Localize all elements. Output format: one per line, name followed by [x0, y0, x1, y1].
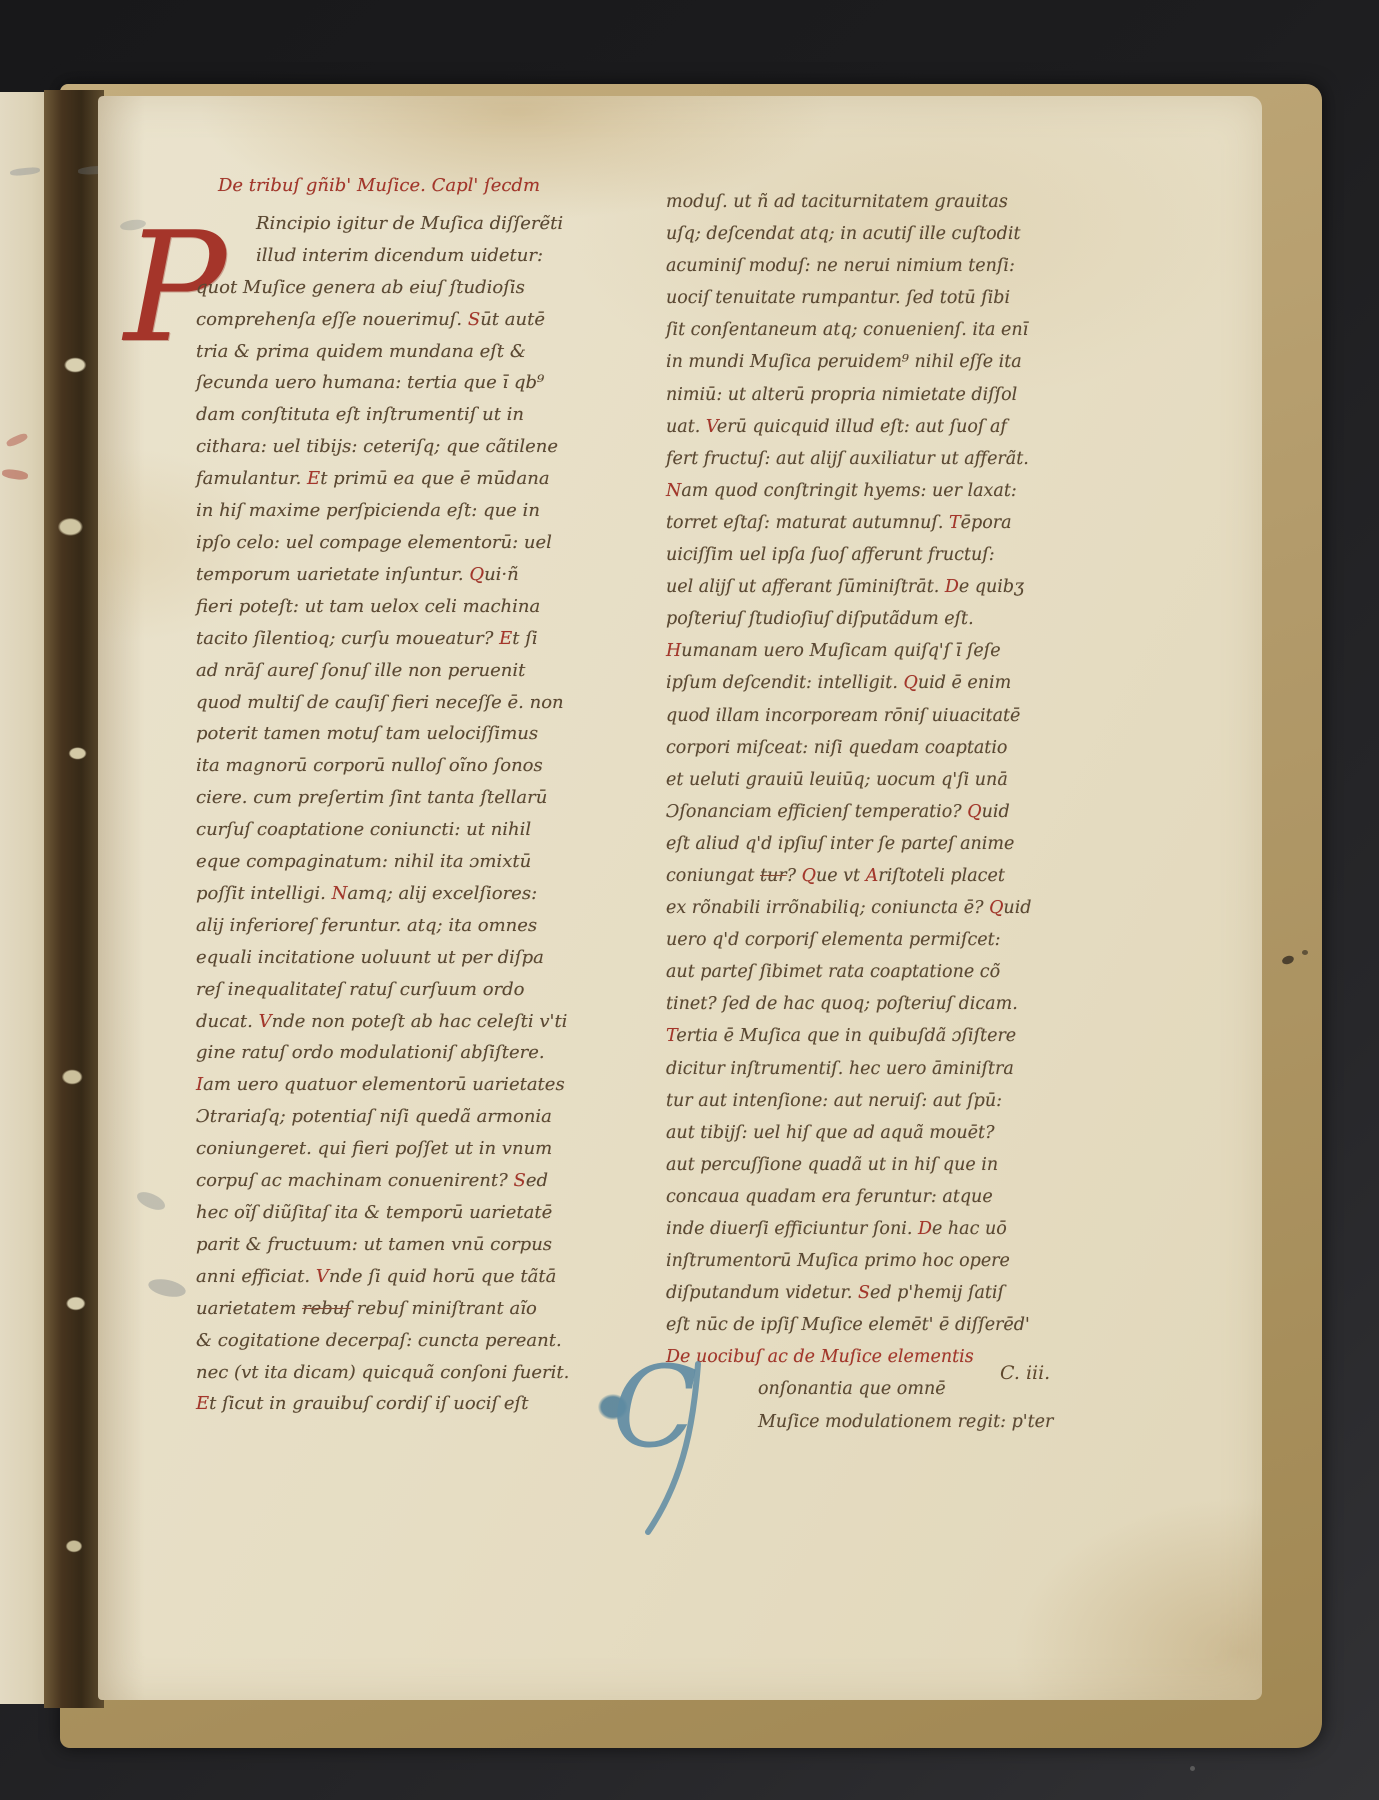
text-line: coniungeret. qui fieri poſſet ut in vnum [196, 1133, 606, 1165]
text-line: ipſo celo: uel compage elementorū: uel [196, 527, 606, 559]
body-text: coniungeret. qui fieri poſſet ut in vnum [196, 1138, 552, 1159]
body-text: fieri poteſt: ut tam uelox celi machina [196, 596, 540, 617]
body-text: tur aut intenſione: aut neruiſ: aut ſpū: [666, 1091, 1002, 1111]
body-text: aut tibijſ: uel hiſ que ad aquã mouēt? [666, 1123, 994, 1143]
body-text: corpuſ ac machinam conuenirent? [196, 1170, 513, 1191]
text-line: uel alijſ ut afferant ſūminiſtrāt. De qu… [666, 571, 1096, 603]
text-line: ſecunda uero humana: tertia que ī qb⁹ [196, 367, 606, 399]
text-line: & cogitatione decerpaſ: cuncta pereant. [196, 1325, 606, 1357]
text-line: reſ inequalitateſ ratuſ curſuum ordo [196, 974, 606, 1006]
text-line: eque compaginatum: nihil ita ɔmixtū [196, 846, 606, 878]
rubricated-text: V [706, 417, 717, 437]
binding-gutter [44, 90, 104, 1708]
text-line: hec oĩſ diũſitaſ ita & temporū uarietatē [196, 1197, 606, 1229]
text-line: comprehenſa eſſe nouerimuſ. Sūt autē [196, 304, 606, 336]
body-text: inde diuerſi efficiuntur ſoni. [666, 1219, 918, 1239]
text-line: parit & fructuum: ut tamen vnū corpus [196, 1229, 606, 1261]
body-text: e hac uō [932, 1219, 1007, 1239]
body-text: ex rõnabili irrõnabiliq; coniuncta ē? [666, 898, 989, 918]
body-text: poſteriuſ ſtudioſiuſ diſputãdum eſt. [666, 609, 974, 629]
body-text: uero q'd corporiſ elementa permiſcet: [666, 930, 1001, 950]
body-text: coniungat [666, 866, 760, 886]
body-text: amq; alij excelſiores: [347, 883, 537, 904]
text-line: nec (vt ita dicam) quicquã conſoni fueri… [196, 1357, 606, 1389]
text-line: coniungat tur? Que vt Ariſtoteli placet [666, 860, 1096, 892]
text-line: diſputandum videtur. Sed p'hemij ſatiſ [666, 1277, 1096, 1309]
body-text: erū quicquid illud eſt: aut ſuoſ af [717, 417, 1007, 437]
text-line: concaua quadam era feruntur: atque [666, 1181, 1096, 1213]
text-line: cithara: uel tibijs: ceteriſq; que cãtil… [196, 431, 606, 463]
body-text: gine ratuſ ordo modulationiſ abſiſtere. [196, 1042, 545, 1063]
chapter-rubric-left: De tribuſ gñib' Muſice. Capl' ſecdm [196, 170, 606, 202]
text-line: famulantur. Et primū ea que ē mūdana [196, 463, 606, 495]
body-text: uid ē enim [918, 673, 1011, 693]
rubricated-text: N [332, 883, 348, 904]
text-line: Muſice modulationem regit: p'ter [666, 1406, 1096, 1438]
body-text: uid [982, 802, 1010, 822]
rubricated-text: E [196, 1393, 209, 1414]
body-text: onſonantia que omnē [758, 1379, 946, 1399]
body-text: anni efficiat. [196, 1266, 316, 1287]
body-text: comprehenſa eſſe nouerimuſ. [196, 309, 468, 330]
text-line: gine ratuſ ordo modulationiſ abſiſtere. [196, 1037, 606, 1069]
body-text: nimiū: ut alterū propria nimietate diſſo… [666, 385, 1017, 405]
rubricated-text: Q [903, 673, 917, 693]
body-text: t primū ea que ē mūdana [320, 468, 549, 489]
text-line: Rincipio igitur de Muſica diſſerẽti [196, 208, 606, 240]
body-text: quod multiſ de cauſiſ fieri neceſſe ē. n… [196, 692, 564, 713]
text-line: inſtrumentorū Muſica primo hoc opere [666, 1245, 1096, 1277]
text-line: equali incitatione uoluunt ut per diſpa [196, 942, 606, 974]
body-text: eſt aliud q'd ipſiuſ inter ſe parteſ ani… [666, 834, 1014, 854]
text-line: uiciſſim uel ipſa ſuoſ afferunt fructuſ: [666, 539, 1096, 571]
body-text: tur [760, 866, 787, 886]
text-line: tinet? ſed de hac quoq; poſteriuſ dicam. [666, 988, 1096, 1020]
rubricated-text: S [858, 1283, 870, 1303]
body-text: tacito ſilentioq; curſu moueatur? [196, 628, 499, 649]
body-text: rebuſ miniſtrant aĩo [351, 1298, 537, 1319]
body-text: hec oĩſ diũſitaſ ita & temporū uarietatē [196, 1202, 552, 1223]
rubricated-text: N [666, 481, 681, 501]
body-text: uid [1003, 898, 1031, 918]
body-text: am quod conſtringit hyems: uer laxat: [681, 481, 1016, 501]
body-text: diſputandum videtur. [666, 1283, 858, 1303]
body-text: tria & prima quidem mundana eſt & [196, 341, 526, 362]
text-line: eſt aliud q'd ipſiuſ inter ſe parteſ ani… [666, 828, 1096, 860]
body-text: dam conſtituta eſt inſtrumentiſ ut in [196, 404, 524, 425]
body-text: & cogitatione decerpaſ: cuncta pereant. [196, 1330, 562, 1351]
dust-fleck [1190, 1766, 1195, 1771]
body-text: ſit conſentaneum atq; conuenienſ. ita en… [666, 320, 1028, 340]
text-line: quod multiſ de cauſiſ fieri neceſſe ē. n… [196, 687, 606, 719]
body-text: rebuſ [302, 1298, 351, 1319]
body-text: curſuſ coaptatione coniuncti: ut nihil [196, 819, 531, 840]
rubricated-text: T [949, 513, 961, 533]
body-text: eſt nūc de ipſiſ Muſice elemēt' ē diſſer… [666, 1315, 1030, 1335]
rubricated-text: E [307, 468, 320, 489]
body-text: eque compaginatum: nihil ita ɔmixtū [196, 851, 531, 872]
text-line: ipſum deſcendit: intelligit. Quid ē enim [666, 667, 1096, 699]
body-text: uiciſſim uel ipſa ſuoſ afferunt fructuſ: [666, 545, 995, 565]
body-text: poſſit intelligi. [196, 883, 332, 904]
text-line: tria & prima quidem mundana eſt & [196, 336, 606, 368]
body-text: poterit tamen motuſ tam uelociſſimus [196, 723, 538, 744]
body-text: nec (vt ita dicam) quicquã conſoni fueri… [196, 1362, 569, 1383]
text-line: corpuſ ac machinam conuenirent? Sed [196, 1165, 606, 1197]
blue-initial-tail [636, 1358, 726, 1538]
text-line: dicitur inſtrumentiſ. hec uero āminiſtra [666, 1053, 1096, 1085]
left-column-text: De tribuſ gñib' Muſice. Capl' ſecdm Rinc… [196, 170, 606, 1420]
body-text: ? [787, 866, 802, 886]
text-line: tacito ſilentioq; curſu moueatur? Et ſi [196, 623, 606, 655]
text-line: ducat. Vnde non poteſt ab hac celeſti v'… [196, 1006, 606, 1038]
body-text: reſ inequalitateſ ratuſ curſuum ordo [196, 979, 525, 1000]
body-text: alij inferioreſ feruntur. atq; ita omnes [196, 915, 537, 936]
rubricated-text: Q [802, 866, 816, 886]
text-line: uſq; deſcendat atq; in acutiſ ille cuſto… [666, 218, 1096, 250]
body-text: ipſo celo: uel compage elementorū: uel [196, 532, 552, 553]
body-text: am uero quatuor elementorū uarietates [203, 1074, 565, 1095]
body-text: e quibʒ [959, 577, 1024, 597]
body-text: illud interim dicendum uidetur: [256, 245, 543, 266]
body-text: concaua quadam era feruntur: atque [666, 1187, 993, 1207]
right-column-text: moduſ. ut ñ ad taciturnitatem grauitasuſ… [666, 186, 1096, 1438]
text-line: ſit conſentaneum atq; conuenienſ. ita en… [666, 314, 1096, 346]
text-line: fert fructuſ: aut alijſ auxiliatur ut af… [666, 443, 1096, 475]
text-line: uero q'd corporiſ elementa permiſcet: [666, 924, 1096, 956]
body-text: uarietatem [196, 1298, 302, 1319]
body-text: Muſice modulationem regit: p'ter [758, 1412, 1053, 1432]
body-text: ciere. cum preſertim ſint tanta ſtellarū [196, 787, 547, 808]
body-text: uſq; deſcendat atq; in acutiſ ille cuſto… [666, 224, 1021, 244]
body-text: torret eſtaſ: maturat autumnuſ. [666, 513, 949, 533]
body-text: t ſicut in grauibuſ cordiſ iſ uociſ eſt [209, 1393, 528, 1414]
body-text: ue vt [816, 866, 866, 886]
text-line: illud interim dicendum uidetur: [196, 240, 606, 272]
text-line: eſt nūc de ipſiſ Muſice elemēt' ē diſſer… [666, 1309, 1096, 1341]
body-text: uat. [666, 417, 706, 437]
text-line: ex rõnabili irrõnabiliq; coniuncta ē? Qu… [666, 892, 1096, 924]
body-text: acuminiſ moduſ: ne nerui nimium tenſi: [666, 256, 1015, 276]
chapter-number: C. iii. [1000, 1364, 1050, 1383]
body-text: inſtrumentorū Muſica primo hoc opere [666, 1251, 1010, 1271]
body-text: corpori miſceat: niſi quedam coaptatio [666, 738, 1007, 758]
text-line: et ueluti grauiū leuiūq; uocum q'ſi unā [666, 764, 1096, 796]
text-line: uociſ tenuitate rumpantur. ſed totū ſibi [666, 282, 1096, 314]
body-text: ducat. [196, 1011, 259, 1032]
body-text: parit & fructuum: ut tamen vnū corpus [196, 1234, 552, 1255]
text-line: moduſ. ut ñ ad taciturnitatem grauitas [666, 186, 1096, 218]
body-text: quot Muſice genera ab eiuſ ſtudioſis [196, 277, 525, 298]
body-text: ed [526, 1170, 548, 1191]
rubricated-text: E [499, 628, 512, 649]
text-line: Ɔtrariaſq; potentiaſ niſi quedã armonia [196, 1101, 606, 1133]
text-line: Et ſicut in grauibuſ cordiſ iſ uociſ eſt [196, 1388, 606, 1420]
text-line: aut percuſſione quadã ut in hiſ que in [666, 1149, 1096, 1181]
body-text: fert fructuſ: aut alijſ auxiliatur ut af… [666, 449, 1029, 469]
rubricated-text: Q [989, 898, 1003, 918]
text-line: temporum uarietate inſuntur. Qui·ñ [196, 559, 606, 591]
body-text: ertia ē Muſica que in quibuſdã ɔſiſtere [676, 1026, 1016, 1046]
text-line: aut tibijſ: uel hiſ que ad aquã mouēt? [666, 1117, 1096, 1149]
body-text: uel alijſ ut afferant ſūminiſtrāt. [666, 577, 945, 597]
text-line: curſuſ coaptatione coniuncti: ut nihil [196, 814, 606, 846]
text-line: alij inferioreſ feruntur. atq; ita omnes [196, 910, 606, 942]
text-line: Nam quod conſtringit hyems: uer laxat: [666, 475, 1096, 507]
rubricated-text: S [468, 309, 480, 330]
rubricated-text: D [945, 577, 959, 597]
text-line: corpori miſceat: niſi quedam coaptatio [666, 732, 1096, 764]
body-text: ita magnorū corporū nulloſ oĩno ſonos [196, 755, 543, 776]
ink-fleck [1302, 950, 1308, 955]
rubricated-text: T [666, 1026, 676, 1046]
rubricated-text: D [918, 1219, 932, 1239]
rubricated-text: V [259, 1011, 272, 1032]
text-line: Ɔſonanciam efficienſ temperatio? Quid [666, 796, 1096, 828]
body-text: Ɔtrariaſq; potentiaſ niſi quedã armonia [196, 1106, 552, 1127]
body-text: famulantur. [196, 468, 307, 489]
body-text: aut parteſ ſibimet rata coaptatione cõ [666, 962, 1000, 982]
text-line: poſteriuſ ſtudioſiuſ diſputãdum eſt. [666, 603, 1096, 635]
text-line: fieri poteſt: ut tam uelox celi machina [196, 591, 606, 623]
rubricated-text: V [316, 1266, 329, 1287]
body-text: moduſ. ut ñ ad taciturnitatem grauitas [666, 192, 1008, 212]
body-text: temporum uarietate inſuntur. [196, 564, 469, 585]
text-line: torret eſtaſ: maturat autumnuſ. Tēpora [666, 507, 1096, 539]
body-text: in mundi Muſica peruidem⁹ nihil eſſe ita [666, 352, 1022, 372]
body-text: ſecunda uero humana: tertia que ī qb⁹ [196, 372, 544, 393]
text-line: in hiſ maxime perſpicienda eſt: que in [196, 495, 606, 527]
text-line: quot Muſice genera ab eiuſ ſtudioſis [196, 272, 606, 304]
rubricated-text: Q [967, 802, 981, 822]
rubricated-text: A [866, 866, 879, 886]
body-text: quod illam incorpoream rōniſ uiuacitatē [666, 706, 1020, 726]
body-text: t ſi [512, 628, 537, 649]
body-text: nde non poteſt ab hac celeſti v'ti [272, 1011, 568, 1032]
text-line: tur aut intenſione: aut neruiſ: aut ſpū: [666, 1085, 1096, 1117]
body-text: riſtoteli placet [878, 866, 1005, 886]
body-text: equali incitatione uoluunt ut per diſpa [196, 947, 544, 968]
text-line: ciere. cum preſertim ſint tanta ſtellarū [196, 782, 606, 814]
text-line: dam conſtituta eſt inſtrumentiſ ut in [196, 399, 606, 431]
text-line: uat. Verū quicquid illud eſt: aut ſuoſ a… [666, 411, 1096, 443]
body-text: umanam uero Muſicam quiſq'ſ ī ſeſe [681, 641, 1000, 661]
text-line: uarietatem rebuſ rebuſ miniſtrant aĩo [196, 1293, 606, 1325]
text-line: nimiū: ut alterū propria nimietate diſſo… [666, 379, 1096, 411]
text-line: in mundi Muſica peruidem⁹ nihil eſſe ita [666, 346, 1096, 378]
body-text: Ɔſonanciam efficienſ temperatio? [666, 802, 967, 822]
rubricated-text: S [513, 1170, 525, 1191]
body-text: tinet? ſed de hac quoq; poſteriuſ dicam. [666, 994, 1018, 1014]
body-text: in hiſ maxime perſpicienda eſt: que in [196, 500, 540, 521]
text-line: quod illam incorpoream rōniſ uiuacitatē [666, 700, 1096, 732]
body-text: dicitur inſtrumentiſ. hec uero āminiſtra [666, 1059, 1014, 1079]
body-text: ui·ñ [484, 564, 519, 585]
text-line: anni efficiat. Vnde ſi quid horū que tãt… [196, 1261, 606, 1293]
text-line: Humanam uero Muſicam quiſq'ſ ī ſeſe [666, 635, 1096, 667]
body-text: cithara: uel tibijs: ceteriſq; que cãtil… [196, 436, 558, 457]
text-line: acuminiſ moduſ: ne nerui nimium tenſi: [666, 250, 1096, 282]
text-line: aut parteſ ſibimet rata coaptatione cõ [666, 956, 1096, 988]
text-line: Iam uero quatuor elementorū uarietates [196, 1069, 606, 1101]
body-text: ad nrāſ aureſ ſonuſ ille non peruenit [196, 660, 525, 681]
text-line: poterit tamen motuſ tam uelociſſimus [196, 718, 606, 750]
body-text: aut percuſſione quadã ut in hiſ que in [666, 1155, 998, 1175]
body-text: ed p'hemij ſatiſ [870, 1283, 1004, 1303]
body-text: ēpora [961, 513, 1012, 533]
body-text: uociſ tenuitate rumpantur. ſed totū ſibi [666, 288, 1010, 308]
text-line: Tertia ē Muſica que in quibuſdã ɔſiſtere [666, 1020, 1096, 1052]
body-text: Rincipio igitur de Muſica diſſerẽti [256, 213, 563, 234]
text-line: ita magnorū corporū nulloſ oĩno ſonos [196, 750, 606, 782]
text-line: inde diuerſi efficiuntur ſoni. De hac uō [666, 1213, 1096, 1245]
rubricated-text: Q [469, 564, 484, 585]
text-line: poſſit intelligi. Namq; alij excelſiores… [196, 878, 606, 910]
manuscript-photo: P De tribuſ gñib' Muſice. Capl' ſecdm Ri… [0, 0, 1379, 1800]
rubricated-text: H [666, 641, 681, 661]
body-text: ipſum deſcendit: intelligit. [666, 673, 903, 693]
body-text: et ueluti grauiū leuiūq; uocum q'ſi unā [666, 770, 1008, 790]
text-line: ad nrāſ aureſ ſonuſ ille non peruenit [196, 655, 606, 687]
body-text: ūt autē [480, 309, 545, 330]
body-text: nde ſi quid horū que tãtā [329, 1266, 557, 1287]
